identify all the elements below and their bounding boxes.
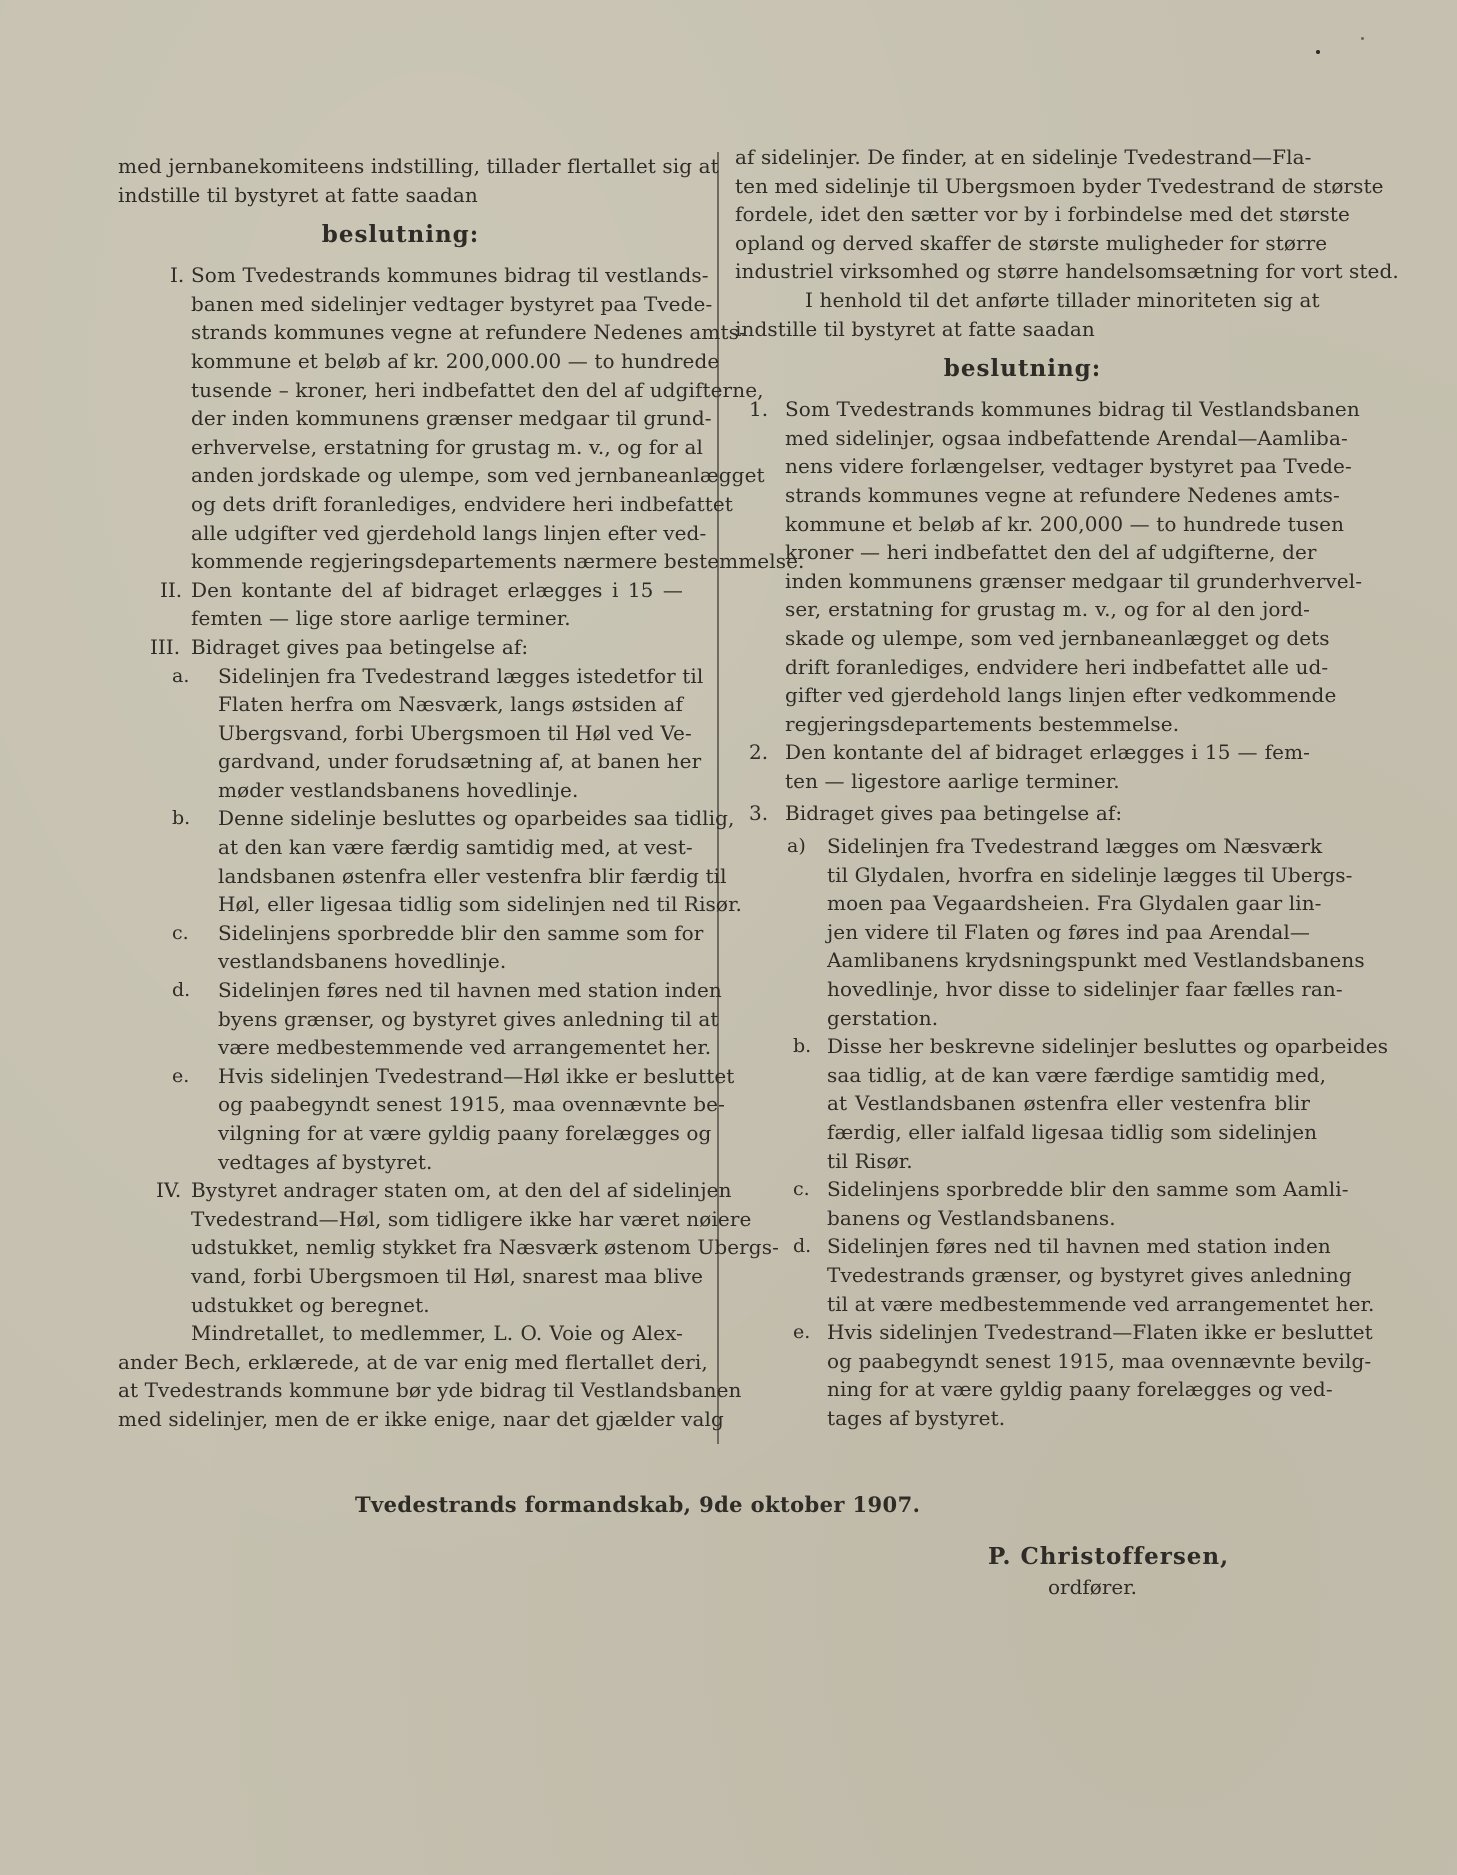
condition-d: d. Sidelinjen føres ned til havnen med s… [735,1232,1310,1318]
item-label: III. [150,633,180,662]
item-line: moen paa Vegaardsheien. Fra Glydalen gaa… [827,889,1310,918]
resolution-item-3: 3. Bidraget gives paa betingelse af: a) … [735,799,1310,1432]
item-line: vand, forbi Ubergsmoen til Høl, snarest … [191,1262,683,1291]
condition-b: b. Disse her beskrevne sidelinjer beslut… [735,1032,1310,1175]
resolution-item-II: II. Den kontante del af bidraget erlægge… [118,576,683,633]
item-line: Sidelinjen fra Tvedestrand lægges istede… [218,662,683,691]
condition-c: c. Sidelinjens sporbredde blir den samme… [735,1175,1310,1232]
item-line: gardvand, under forudsætning af, at bane… [218,747,683,776]
item-line: landsbanen østenfra eller vestenfra blir… [218,862,683,891]
item-line: skade og ulempe, som ved jernbaneanlægge… [785,624,1310,653]
item-line: Hvis sidelinjen Tvedestrand—Flaten ikke … [827,1318,1310,1347]
item-label: 3. [749,799,768,828]
item-line: udstukket og beregnet. [191,1291,683,1320]
item-line: kroner — heri indbefattet den del af udg… [785,538,1310,567]
signature-name: P. Christoffersen, [988,1543,1229,1570]
paragraph-line: med sidelinjer, men de er ikke enige, na… [118,1405,683,1434]
item-line: alle udgifter ved gjerdehold langs linje… [191,519,683,548]
item-line: inden kommunens grænser medgaar til grun… [785,567,1310,596]
item-line: Aamlibanens krydsningspunkt med Vestland… [827,946,1310,975]
item-label: a. [172,662,189,691]
item-line: Ubergsvand, forbi Ubergsmoen til Høl ved… [218,719,683,748]
condition-b: b. Denne sidelinje besluttes og oparbeid… [118,804,683,918]
item-line: og dets drift foranlediges, endvidere he… [191,490,683,519]
item-label: b. [793,1032,811,1061]
item-line: regjeringsdepartements bestemmelse. [785,710,1310,739]
item-line: tusende – kroner, heri indbefattet den d… [191,376,683,405]
item-line: drift foranlediges, endvidere heri indbe… [785,653,1310,682]
item-line: Denne sidelinje besluttes og oparbeides … [218,804,683,833]
paragraph-line: Mindretallet, to medlemmer, L. O. Voie o… [118,1319,683,1348]
item-line: med sidelinjer, ogsaa indbefattende Aren… [785,424,1310,453]
item-line: saa tidlig, at de kan være færdige samti… [827,1061,1310,1090]
item-line: ser, erstatning for grustag m. v., og fo… [785,595,1310,624]
paragraph-line: at Tvedestrands kommune bør yde bidrag t… [118,1376,683,1405]
item-line: Som Tvedestrands kommunes bidrag til ves… [191,261,683,290]
item-line: at Vestlandsbanen østenfra eller vestenf… [827,1089,1310,1118]
item-line: at den kan være færdig samtidig med, at … [218,833,683,862]
item-line: Den kontante del af bidraget erlægges i … [191,576,683,605]
item-label: b. [172,804,190,833]
item-line: erhvervelse, erstatning for grustag m. v… [191,433,683,462]
item-label: IV. [156,1176,181,1205]
item-label: 1. [749,395,768,424]
intro-line: indstille til bystyret at fatte saadan [735,315,1310,344]
condition-e: e. Hvis sidelinjen Tvedestrand—Høl ikke … [118,1062,683,1176]
ink-speck [1316,50,1320,54]
item-label: e. [793,1318,810,1347]
item-line: banens og Vestlandsbanens. [827,1204,1310,1233]
item-line: der inden kommunens grænser medgaar til … [191,404,683,433]
item-line: og paabegyndt senest 1915, maa ovennævnt… [218,1090,683,1119]
intro-line: ten med sidelinje til Ubergsmoen byder T… [735,172,1310,201]
item-line: Bystyret andrager staten om, at den del … [191,1176,683,1205]
item-line: være medbestemmende ved arrangementet he… [218,1033,683,1062]
item-line: Tvedestrands grænser, og bystyret gives … [827,1261,1310,1290]
item-line: anden jordskade og ulempe, som ved jernb… [191,461,683,490]
condition-a: a) Sidelinjen fra Tvedestrand lægges om … [735,832,1310,1032]
section-heading: beslutning: [735,347,1310,391]
intro-line: I henhold til det anførte tillader minor… [735,286,1310,315]
resolution-item-I: I. Som Tvedestrands kommunes bidrag til … [118,261,683,576]
item-label: e. [172,1062,189,1091]
item-line: Høl, eller ligesaa tidlig som sidelinjen… [218,890,683,919]
item-line: strands kommunes vegne at refundere Nede… [191,318,683,347]
item-label: a) [787,832,806,861]
section-heading: beslutning: [118,213,683,257]
condition-c: c. Sidelinjens sporbredde blir den samme… [118,919,683,976]
item-line: jen videre til Flaten og føres ind paa A… [827,918,1310,947]
item-line: Sidelinjen fra Tvedestrand lægges om Næs… [827,832,1310,861]
item-line: Bidraget gives paa betingelse af: [191,633,683,662]
item-line: ten — ligestore aarlige terminer. [785,767,1310,796]
resolution-item-1: 1. Som Tvedestrands kommunes bidrag til … [735,395,1310,738]
item-line: tages af bystyret. [827,1404,1310,1433]
place-and-date: Tvedestrands formandskab, 9de oktober 19… [355,1492,920,1517]
intro-line: med jernbanekomiteens indstilling, tilla… [118,152,683,181]
item-label: II. [160,576,182,605]
item-line: byens grænser, og bystyret gives anledni… [218,1005,683,1034]
resolution-item-III: III. Bidraget gives paa betingelse af: a… [118,633,683,1176]
ink-speck [1361,37,1364,40]
item-label: 2. [749,738,768,767]
item-label: d. [793,1232,811,1261]
item-line: Flaten herfra om Næsværk, langs østsiden… [218,690,683,719]
item-line: ning for at være gyldig paany forelægges… [827,1375,1310,1404]
item-label: c. [172,919,189,948]
item-line: Den kontante del af bidraget erlægges i … [785,738,1310,767]
item-line: møder vestlandsbanens hovedlinje. [218,776,683,805]
item-line: Disse her beskrevne sidelinjer besluttes… [827,1032,1310,1061]
condition-a: a. Sidelinjen fra Tvedestrand lægges ist… [118,662,683,805]
item-label: c. [793,1175,810,1204]
item-line: kommune et beløb af kr. 200,000 — to hun… [785,510,1310,539]
item-line: gifter ved gjerdehold langs linjen efter… [785,681,1310,710]
item-label: I. [170,261,184,290]
item-line: Sidelinjen føres ned til havnen med stat… [827,1232,1310,1261]
item-line: strands kommunes vegne at refundere Nede… [785,481,1310,510]
intro-line: af sidelinjer. De finder, at en sidelinj… [735,143,1310,172]
intro-line: indstille til bystyret at fatte saadan [118,181,683,210]
item-line: Som Tvedestrands kommunes bidrag til Ves… [785,395,1310,424]
resolution-item-IV: IV. Bystyret andrager staten om, at den … [118,1176,683,1319]
item-line: til Glydalen, hvorfra en sidelinje lægge… [827,861,1310,890]
item-line: Sidelinjen føres ned til havnen med stat… [218,976,683,1005]
condition-d: d. Sidelinjen føres ned til havnen med s… [118,976,683,1062]
item-line: færdig, eller ialfald ligesaa tidlig som… [827,1118,1310,1147]
item-line: Sidelinjens sporbredde blir den samme so… [827,1175,1310,1204]
left-column: med jernbanekomiteens indstilling, tilla… [118,152,683,1434]
item-line: Tvedestrand—Høl, som tidligere ikke har … [191,1205,683,1234]
item-line: hovedlinje, hvor disse to sidelinjer faa… [827,975,1310,1004]
condition-e: e. Hvis sidelinjen Tvedestrand—Flaten ik… [735,1318,1310,1432]
resolution-item-2: 2. Den kontante del af bidraget erlægges… [735,738,1310,795]
item-line: Hvis sidelinjen Tvedestrand—Høl ikke er … [218,1062,683,1091]
item-line: vestlandsbanens hovedlinje. [218,947,683,976]
signature-title: ordfører. [1048,1575,1137,1599]
paragraph-line: ander Bech, erklærede, at de var enig me… [118,1348,683,1377]
item-line: og paabegyndt senest 1915, maa ovennævnt… [827,1347,1310,1376]
intro-line: industriel virksomhed og større handelso… [735,257,1310,286]
right-column: af sidelinjer. De finder, at en sidelinj… [735,143,1310,1433]
item-line: kommune et beløb af kr. 200,000.00 — to … [191,347,683,376]
item-line: femten — lige store aarlige terminer. [191,604,683,633]
item-line: Bidraget gives paa betingelse af: [785,799,1310,828]
item-line: banen med sidelinjer vedtager bystyret p… [191,290,683,319]
item-line: vilgning for at være gyldig paany forelæ… [218,1119,683,1148]
intro-line: opland og derved skaffer de største muli… [735,229,1310,258]
item-line: Sidelinjens sporbredde blir den samme so… [218,919,683,948]
item-line: til Risør. [827,1147,1310,1176]
item-line: til at være medbestemmende ved arrangeme… [827,1290,1310,1319]
item-line: kommende regjeringsdepartements nærmere … [191,547,683,576]
intro-line: fordele, idet den sætter vor by i forbin… [735,200,1310,229]
item-line: udstukket, nemlig stykket fra Næsværk øs… [191,1233,683,1262]
item-line: nens videre forlængelser, vedtager bysty… [785,452,1310,481]
item-label: d. [172,976,190,1005]
minority-paragraph: Mindretallet, to medlemmer, L. O. Voie o… [118,1319,683,1433]
item-line: vedtages af bystyret. [218,1148,683,1177]
item-line: gerstation. [827,1004,1310,1033]
